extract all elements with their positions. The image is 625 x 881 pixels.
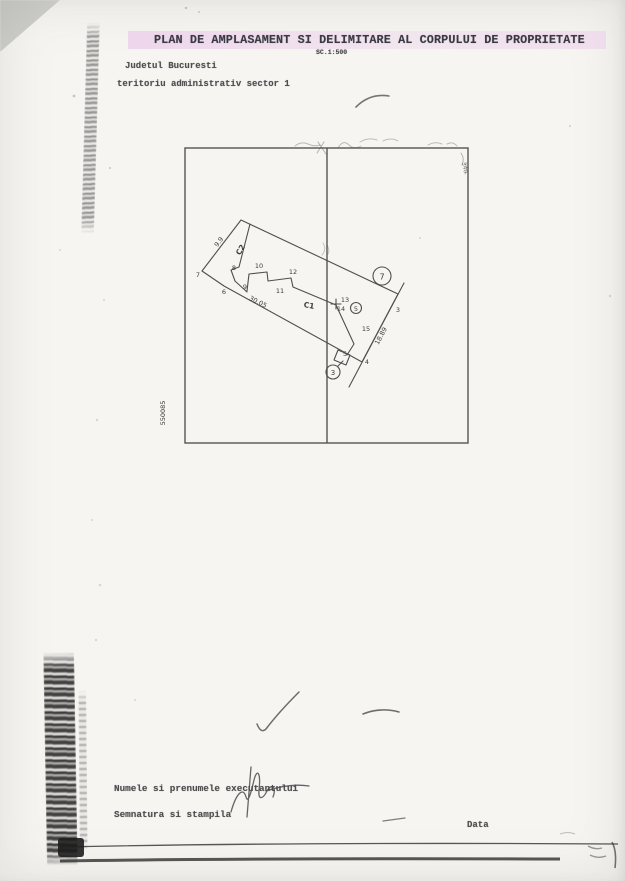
vertex-label: 10 — [255, 262, 263, 270]
circled-number: 3 — [331, 369, 335, 377]
grid-coordinate-top-right: 340 — [460, 161, 469, 174]
bottom-table-lines — [58, 833, 618, 869]
vertex-label: 15 — [362, 325, 370, 333]
handwritten-slash — [356, 95, 389, 107]
plan-drawing: 7 5 3 7 6 8 9 10 11 12 13 14 15 5 4 3 C2… — [0, 0, 625, 881]
handwritten-dash — [363, 710, 399, 714]
handwritten-scribble — [338, 143, 361, 148]
handwritten-scribble — [360, 139, 398, 142]
vertex-label: 14 — [337, 305, 345, 313]
vertex-label: 8 — [232, 264, 236, 272]
scanned-page: PLAN DE AMPLASAMENT SI DELIMITARE AL COR… — [0, 0, 625, 881]
vertex-label: 9 — [243, 283, 247, 291]
circled-number: 5 — [354, 305, 358, 313]
handwritten-dash-2 — [383, 818, 405, 821]
scan-specks — [59, 7, 611, 701]
circled-number: 7 — [379, 273, 384, 282]
building-c1-outline — [247, 272, 354, 355]
vertex-label: 7 — [196, 271, 200, 279]
dimension-label: 18.89 — [373, 326, 389, 346]
dimension-label: 30.05 — [248, 294, 268, 310]
building-label-c1: C1 — [303, 300, 315, 311]
vertex-label: 3 — [396, 306, 400, 314]
handwritten-checkmark — [257, 692, 299, 731]
bottom-rule-thick — [60, 859, 560, 861]
dimension-label: 9.9 — [213, 235, 226, 248]
vertex-label: 5 — [343, 350, 347, 358]
handwritten-scribble — [322, 243, 329, 255]
vertex-label: 12 — [289, 268, 297, 276]
bottom-rule-right-edge — [612, 842, 616, 868]
scan-smudge-right — [588, 846, 606, 857]
scan-blob-left — [58, 838, 84, 857]
grid-coordinate-left: 550085 — [159, 401, 167, 426]
parcel-outline — [202, 220, 398, 362]
handwritten-scribble — [428, 143, 457, 146]
handwritten-scribble — [295, 143, 320, 146]
handwritten-signature — [231, 767, 309, 817]
vertex-label: 13 — [341, 296, 349, 304]
handwritten-scribbles — [295, 139, 467, 255]
vertex-label: 6 — [222, 288, 226, 296]
bottom-rule-thin — [60, 843, 618, 847]
vertex-label: 4 — [365, 358, 369, 366]
scan-smudge-right-2 — [560, 833, 575, 835]
vertex-label: 11 — [276, 287, 284, 295]
